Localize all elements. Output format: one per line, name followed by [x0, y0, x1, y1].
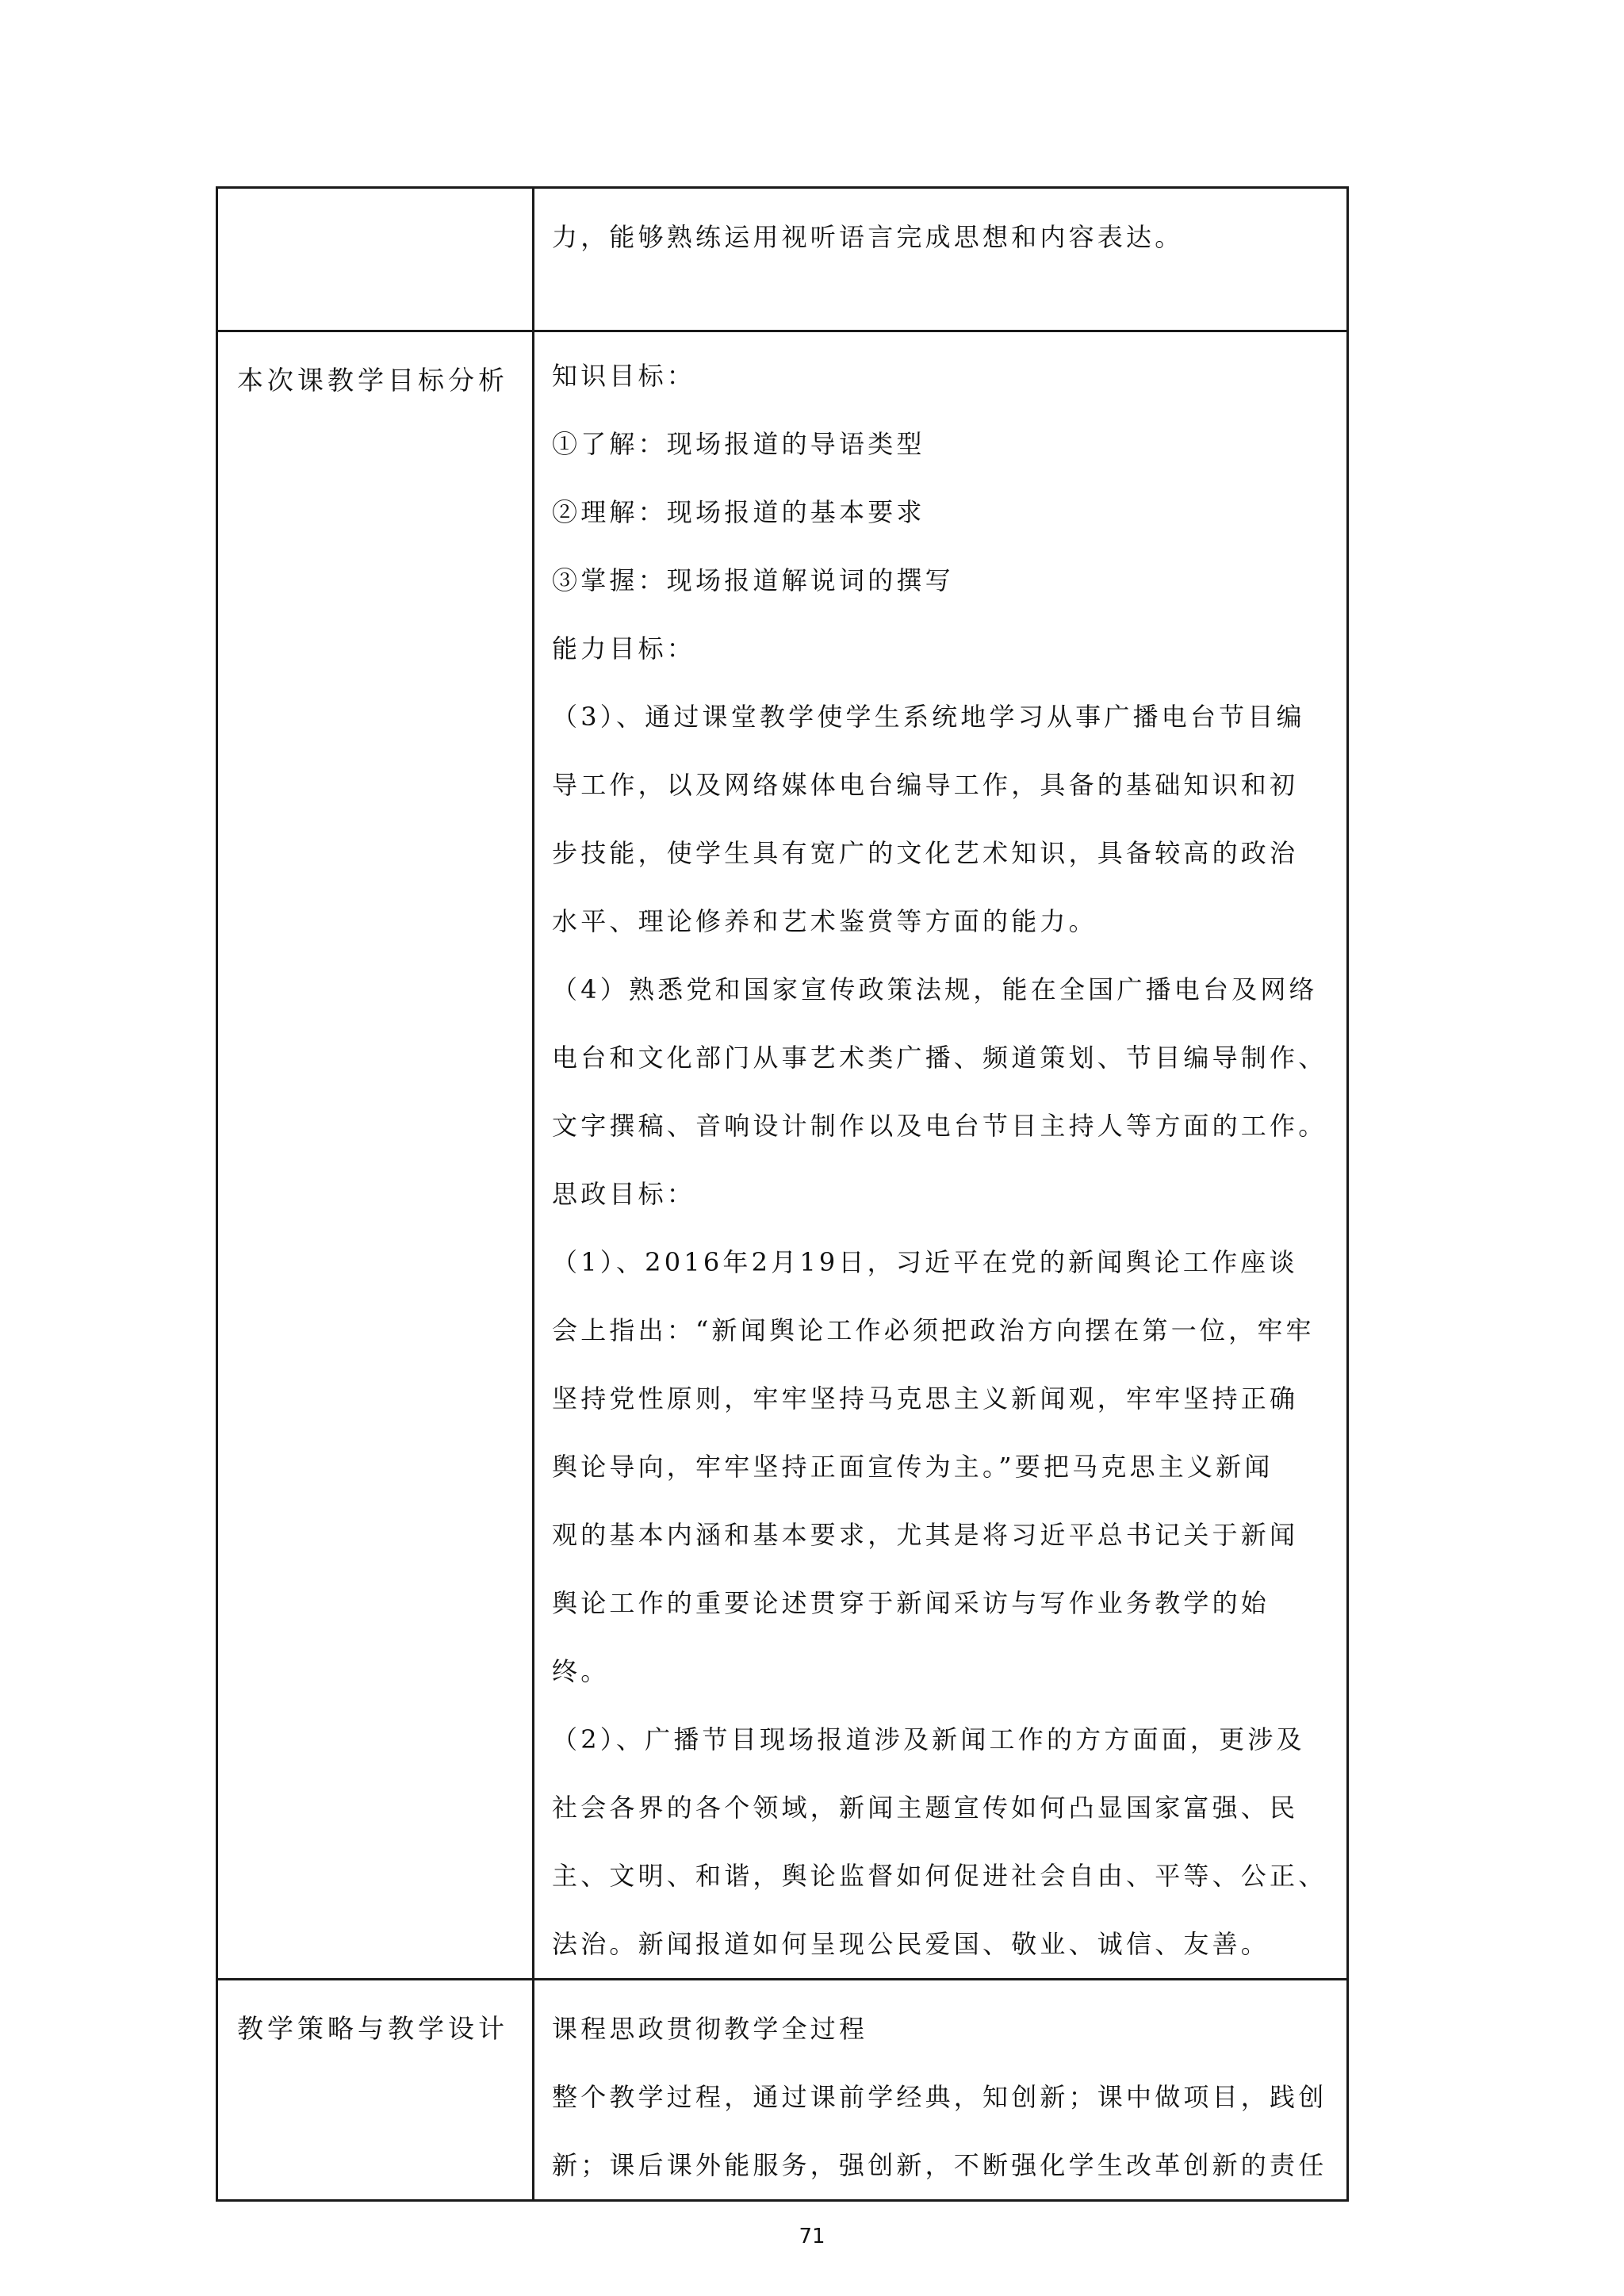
text-line: 文字撰稿、音响设计制作以及电台节目主持人等方面的工作。 [552, 1092, 1339, 1160]
text-line: 步技能，使学生具有宽广的文化艺术知识，具备较高的政治 [552, 819, 1339, 887]
text-line: 课程思政贯彻教学全过程 [552, 1995, 1339, 2063]
row-content-cell: 力，能够熟练运用视听语言完成思想和内容表达。 [534, 188, 1348, 331]
text-line: （4）熟悉党和国家宣传政策法规，能在全国广播电台及网络 [552, 955, 1339, 1024]
row-label-teaching-strategy: 教学策略与教学设计 [218, 1980, 532, 2063]
section-heading-ideological: 思政目标： [552, 1160, 1339, 1228]
text-line: 社会各界的各个领域，新闻主题宣传如何凸显国家富强、民 [552, 1774, 1339, 1842]
table-row: 力，能够熟练运用视听语言完成思想和内容表达。 [217, 188, 1348, 331]
row-content-cell: 课程思政贯彻教学全过程 整个教学过程，通过课前学经典，知创新；课中做项目，践创 … [534, 1980, 1348, 2201]
text-line: 新；课后课外能服务，强创新，不断强化学生改革创新的责任 [552, 2131, 1339, 2199]
text-line: 终。 [552, 1637, 1339, 1705]
row-label-cell: 教学策略与教学设计 [217, 1980, 534, 2201]
table-row: 本次课教学目标分析 知识目标： ①了解：现场报道的导语类型 ②理解：现场报道的基… [217, 331, 1348, 1980]
text-line: 电台和文化部门从事艺术类广播、频道策划、节目编导制作、 [552, 1024, 1339, 1092]
text-line: 舆论导向，牢牢坚持正面宣传为主。”要把马克思主义新闻 [552, 1433, 1339, 1501]
text-line: 会上指出：“新闻舆论工作必须把政治方向摆在第一位，牢牢 [552, 1296, 1339, 1364]
text-line: （2）、广播节目现场报道涉及新闻工作的方方面面，更涉及 [552, 1705, 1339, 1774]
page-number: 71 [0, 2225, 1624, 2248]
text-line: ③掌握：现场报道解说词的撰写 [552, 546, 1339, 614]
table-row: 教学策略与教学设计 课程思政贯彻教学全过程 整个教学过程，通过课前学经典，知创新… [217, 1980, 1348, 2201]
text-line: 法治。新闻报道如何呈现公民爱国、敬业、诚信、友善。 [552, 1910, 1339, 1978]
row-label-cell [217, 188, 534, 331]
row-label-teaching-objectives: 本次课教学目标分析 [218, 332, 532, 415]
document-page: 力，能够熟练运用视听语言完成思想和内容表达。 本次课教学目标分析 知识目标： ①… [0, 0, 1624, 2296]
text-line: 观的基本内涵和基本要求，尤其是将习近平总书记关于新闻 [552, 1501, 1339, 1569]
text-line: ①了解：现场报道的导语类型 [552, 410, 1339, 478]
text-line: 坚持党性原则，牢牢坚持马克思主义新闻观，牢牢坚持正确 [552, 1364, 1339, 1433]
row-label [218, 189, 532, 203]
row-label-cell: 本次课教学目标分析 [217, 331, 534, 1980]
lesson-plan-table: 力，能够熟练运用视听语言完成思想和内容表达。 本次课教学目标分析 知识目标： ①… [216, 186, 1349, 2202]
text-line: ②理解：现场报道的基本要求 [552, 478, 1339, 546]
text-line: 主、文明、和谐，舆论监督如何促进社会自由、平等、公正、 [552, 1842, 1339, 1910]
text-line: 力，能够熟练运用视听语言完成思想和内容表达。 [552, 203, 1339, 271]
text-line: 水平、理论修养和艺术鉴赏等方面的能力。 [552, 887, 1339, 955]
row-content-cell: 知识目标： ①了解：现场报道的导语类型 ②理解：现场报道的基本要求 ③掌握：现场… [534, 331, 1348, 1980]
text-line: 舆论工作的重要论述贯穿于新闻采访与写作业务教学的始 [552, 1569, 1339, 1637]
text-line: （3）、通过课堂教学使学生系统地学习从事广播电台节目编 [552, 683, 1339, 751]
text-line: （1）、2016年2月19日，习近平在党的新闻舆论工作座谈 [552, 1228, 1339, 1296]
text-line: 整个教学过程，通过课前学经典，知创新；课中做项目，践创 [552, 2063, 1339, 2131]
section-heading-ability: 能力目标： [552, 614, 1339, 683]
section-heading-knowledge: 知识目标： [552, 342, 1339, 410]
text-line: 导工作，以及网络媒体电台编导工作，具备的基础知识和初 [552, 751, 1339, 819]
